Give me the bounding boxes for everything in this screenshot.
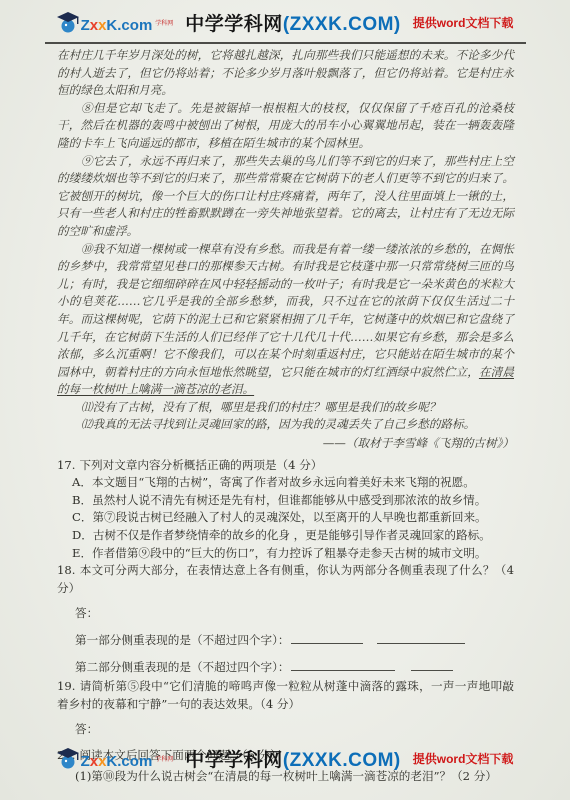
answer-label: 答： (57, 605, 514, 623)
graduation-cap-icon (57, 12, 79, 33)
option-item: B．虽然村人说不清先有树还是先有村，但谁都能够从中感受到那浓浓的故乡情。 (72, 492, 514, 510)
passage-paragraph: ⑾没有了古树，没有了根，哪里是我们的村庄？哪里是我们的故乡呢？ (57, 399, 514, 417)
question-text: 本文可分两大部分，在表情达意上各有侧重，你认为两部分各侧重表现了什么？（4 分） (57, 563, 514, 595)
option-item: C．第⑦段说古树已经融入了村人的灵魂深处，以至离开的人早晚也都重新回来。 (72, 509, 514, 527)
logo-letter: x (90, 17, 98, 34)
answer-blank (291, 659, 395, 671)
question-number: 19. (57, 679, 75, 693)
question-number: 18. (57, 563, 75, 577)
question-18: 18.本文可分两大部分，在表情达意上各有侧重，你认为两部分各侧重表现了什么？（4… (57, 562, 514, 676)
site-domain: (ZXXK.COM) (283, 14, 401, 35)
question-number: 17. (57, 458, 75, 472)
logo-wordmark: ZxxK.com (81, 754, 153, 769)
paragraph-text: 在村庄几千年岁月深处的树，它将越扎越深，扎向那些我们只能遥想的未来。不论多少代的… (57, 48, 514, 97)
zxxk-logo: ZxxK.com 学科网 (57, 12, 174, 33)
question-text: 请简析第⑤段中“它们清脆的啼鸣声像一粒粒从树蓬中滴落的露珠，一声一声地叩敲着乡村… (57, 679, 514, 711)
site-title: 中学学科网(ZXXK.COM) (185, 9, 400, 36)
header-divider (45, 42, 526, 44)
exam-content: 在村庄几千年岁月深处的树，它将越扎越深，扎向那些我们只能遥想的未来。不论多少代的… (57, 47, 514, 785)
source-attribution: ——（取材于李雪峰《飞翔的古树》） (57, 435, 514, 453)
question-18-head: 18.本文可分两大部分，在表情达意上各有侧重，你认为两部分各侧重表现了什么？（4… (57, 562, 514, 597)
answer-label: 答： (57, 721, 514, 739)
site-domain: (ZXXK.COM) (283, 750, 401, 771)
reading-passage: 在村庄几千年岁月深处的树，它将越扎越深，扎向那些我们只能遥想的未来。不论多少代的… (57, 47, 514, 434)
question-17-head: 17.下列对文章内容分析概括正确的两项是（4 分） (57, 457, 514, 475)
option-item: D．古树不仅是作者梦绕情牵的故乡的化身 ，更是能够引导作者灵魂回家的路标。 (72, 527, 514, 545)
passage-paragraph: ⑿我真的无法寻找到让灵魂回家的路，因为我的灵魂丢失了自己乡愁的路标。 (57, 416, 514, 434)
paragraph-text: ⑨它去了，永远不再归来了，那些失去巢的鸟儿们等不到它的归来了，那些村庄上空的缕缕… (57, 154, 514, 238)
paragraph-text: ⑾没有了古树，没有了根，哪里是我们的村庄？哪里是我们的故乡呢？ (81, 400, 440, 414)
paragraph-text: ⑿我真的无法寻找到让灵魂回家的路，因为我的灵魂丢失了自己乡愁的路标。 (81, 417, 475, 431)
option-item: E．作者借第⑨段中的“巨大的伤口”，有力控诉了粗暴夺走参天古树的城市文明。 (72, 545, 514, 563)
question-17-options: A．本文题目“飞翔的古树”，寄寓了作者对故乡永远向着美好未来飞翔的祝愿。 B．虽… (57, 474, 514, 562)
question-text: 下列对文章内容分析概括正确的两项是（4 分） (79, 458, 322, 472)
blank-label: 第一部分侧重表现的是（不超过四个字）： (75, 633, 289, 647)
question-19-head: 19.请简析第⑤段中“它们清脆的啼鸣声像一粒粒从树蓬中滴落的露珠，一声一声地叩敲… (57, 678, 514, 713)
scanned-exam-page: ZxxK.com 学科网 中学学科网(ZXXK.COM) 提供word文档下载 … (0, 0, 570, 800)
option-item: A．本文题目“飞翔的古树”，寄寓了作者对故乡永远向着美好未来飞翔的祝愿。 (72, 474, 514, 492)
passage-paragraph: ⑩我不知道一棵树或一棵草有没有乡愁。而我是有着一缕一缕浓浓的乡愁的，在惆怅的乡梦… (57, 241, 514, 399)
logo-letter: K (106, 17, 117, 34)
site-header: ZxxK.com 学科网 中学学科网(ZXXK.COM) 提供word文档下载 (0, 6, 570, 38)
logo-wordmark: ZxxK.com (81, 18, 153, 33)
logo-letter: x (90, 753, 98, 770)
logo-letter: Z (81, 753, 90, 770)
answer-blank (411, 659, 453, 671)
logo-letter: K (106, 753, 117, 770)
graduation-cap-icon (57, 748, 79, 769)
paragraph-text: ⑧但是它却飞走了。先是被锯掉一根根粗大的枝杈，仅仅保留了千疮百孔的沧桑枝干，然后… (57, 101, 514, 150)
q18-blank-line-2: 第二部分侧重表现的是（不超过四个字）： (57, 659, 514, 677)
site-name: 中学学科网 (185, 14, 283, 35)
logo-mini-text: 学科网 (155, 757, 173, 763)
site-name: 中学学科网 (185, 750, 283, 771)
q18-blank-line-1: 第一部分侧重表现的是（不超过四个字）： (57, 632, 514, 650)
site-footer: ZxxK.com 学科网 中学学科网(ZXXK.COM) 提供word文档下载 (0, 742, 570, 774)
download-tagline: 提供word文档下载 (413, 14, 514, 31)
answer-blank (291, 632, 363, 644)
zxxk-logo: ZxxK.com 学科网 (57, 748, 174, 769)
logo-mini-text: 学科网 (155, 21, 173, 27)
logo-letter: Z (81, 17, 90, 34)
site-title: 中学学科网(ZXXK.COM) (185, 745, 400, 772)
blank-label: 第二部分侧重表现的是（不超过四个字）： (75, 660, 289, 674)
passage-paragraph: ⑧但是它却飞走了。先是被锯掉一根根粗大的枝杈，仅仅保留了千疮百孔的沧桑枝干，然后… (57, 100, 514, 153)
passage-paragraph: 在村庄几千年岁月深处的树，它将越扎越深，扎向那些我们只能遥想的未来。不论多少代的… (57, 47, 514, 100)
passage-paragraph: ⑨它去了，永远不再归来了，那些失去巢的鸟儿们等不到它的归来了，那些村庄上空的缕缕… (57, 153, 514, 241)
question-17: 17.下列对文章内容分析概括正确的两项是（4 分） A．本文题目“飞翔的古树”，… (57, 457, 514, 563)
download-tagline: 提供word文档下载 (413, 750, 514, 767)
logo-letter: .com (117, 17, 152, 34)
question-19: 19.请简析第⑤段中“它们清脆的啼鸣声像一粒粒从树蓬中滴落的露珠，一声一声地叩敲… (57, 678, 514, 739)
logo-letter: .com (117, 753, 152, 770)
paragraph-text: ⑩我不知道一棵树或一棵草有没有乡愁。而我是有着一缕一缕浓浓的乡愁的，在惆怅的乡梦… (57, 242, 514, 379)
answer-blank (377, 632, 465, 644)
